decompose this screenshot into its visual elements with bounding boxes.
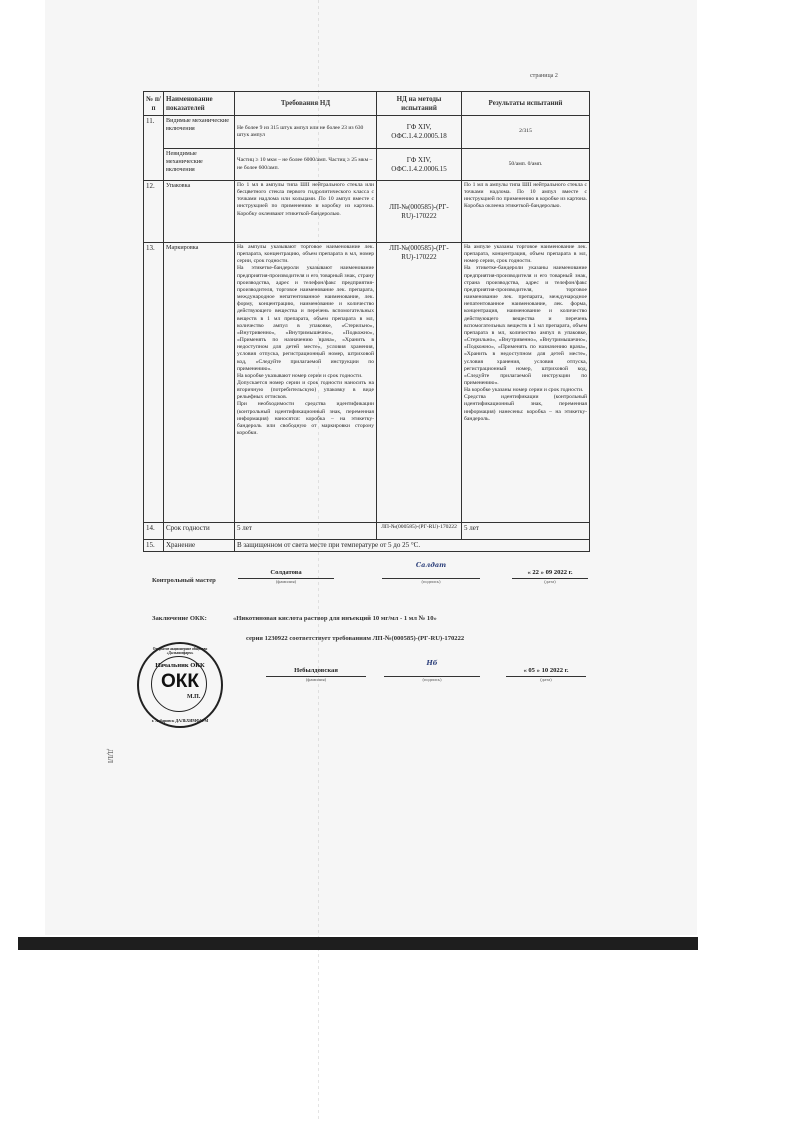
stamp-ring-bottom-text: г. Хабаровск ДАЛЬХИМФАРМ (139, 718, 221, 723)
row-methods: ГФ XIV, ОФС.1.4.2.0006.15 (377, 149, 462, 181)
row-requirements: На ампулы указывают торговое наименовани… (235, 243, 377, 523)
page-label: страница 2 (530, 73, 558, 79)
table-row: 14. Срок годности 5 лет ЛП-№(000585)-(РГ… (144, 523, 590, 540)
table-row: Невидимые механические включения Частиц … (144, 149, 590, 181)
signature-caption: (подпись) (382, 579, 480, 584)
row-merged-requirement: В защищенном от света месте при температ… (235, 540, 590, 552)
stamp-mp: М.П. (187, 694, 200, 700)
row-methods: ЛП-№(000585)-(РГ-RU)-170222 (377, 181, 462, 243)
test-results-table: № п/п Наименование показателей Требовани… (143, 91, 590, 552)
row-results: 50/амп. 0/амп. (462, 149, 590, 181)
control-master-surname-field: Солдатова (фамилия) (238, 569, 334, 584)
surname-caption: (фамилия) (266, 677, 366, 682)
requirements-paragraph: На ампулы указывают торговое наименовани… (237, 244, 374, 265)
head-okk-date: « 05 » 10 2022 г. (506, 667, 586, 677)
signature-caption: (подпись) (384, 677, 480, 682)
table-row: 15. Хранение В защищенном от света месте… (144, 540, 590, 552)
row-results: По 1 мл в ампулы типа ШII нейтрального с… (462, 181, 590, 243)
header-results: Результаты испытаний (462, 92, 590, 116)
control-master-date-field: « 22 » 09 2022 г. (дата) (512, 569, 588, 584)
control-master-surname: Солдатова (238, 569, 334, 579)
surname-caption: (фамилия) (238, 579, 334, 584)
date-caption: (дата) (506, 677, 586, 682)
requirements-paragraph: При необходимости средства идентификации… (237, 401, 374, 437)
row-requirements: Не более 9 из 315 штук ампул или не боле… (235, 116, 377, 149)
table-row: 11. Видимые механические включения Не бо… (144, 116, 590, 149)
row-methods: ЛП-№(000585)-(РГ-RU)-170222 (377, 243, 462, 523)
margin-handwritten-note: ДЛЛ (106, 749, 114, 763)
header-requirements: Требования НД (235, 92, 377, 116)
requirements-paragraph: Допускается номер серии и срок годности … (237, 380, 374, 401)
results-paragraph: Средства идентификации (контрольный иден… (464, 394, 587, 423)
row-name: Видимые механические включения (164, 116, 235, 149)
head-okk-signature-field: Нб (подпись) (384, 659, 480, 682)
requirements-paragraph: На коробке указывают номер серии и срок … (237, 373, 374, 380)
table-row: 13. Маркировка На ампулы указывают торго… (144, 243, 590, 523)
scan-edge-bar (18, 937, 698, 950)
results-paragraph: На ампуле указаны торговое наименование … (464, 244, 587, 265)
conclusion-label: Заключение ОКК: (152, 615, 207, 622)
head-okk-signature: Нб (384, 659, 480, 677)
requirements-paragraph: На этикетке-бандероли указывают наименов… (237, 265, 374, 372)
header-num: № п/п (144, 92, 164, 116)
date-caption: (дата) (512, 579, 588, 584)
control-master-signature-field: Салдат (подпись) (382, 561, 480, 584)
control-master-date: « 22 » 09 2022 г. (512, 569, 588, 579)
head-okk-date-field: « 05 » 10 2022 г. (дата) (506, 667, 586, 682)
okk-stamp: Открытое акционерное общество «Дальхимфа… (137, 642, 223, 728)
row-requirements: 5 лет (235, 523, 377, 540)
row-num: 11. (144, 116, 164, 181)
head-okk-surname: Небылдовская (266, 667, 366, 677)
row-methods: ГФ XIV, ОФС.1.4.2.0005.18 (377, 116, 462, 149)
results-paragraph: На этикетке-бандероли указаны наименован… (464, 265, 587, 387)
row-num: 12. (144, 181, 164, 243)
header-name: Наименование показателей (164, 92, 235, 116)
row-requirements: Частиц ≥ 10 мкм – не более 6000/амп. Час… (235, 149, 377, 181)
row-results: На ампуле указаны торговое наименование … (462, 243, 590, 523)
conclusion-series: серия 1230922 соответствует требованиям … (246, 635, 464, 642)
table-row: 12. Упаковка По 1 мл в ампулы типа ШII н… (144, 181, 590, 243)
row-name: Невидимые механические включения (164, 149, 235, 181)
row-name: Срок годности (164, 523, 235, 540)
row-name: Упаковка (164, 181, 235, 243)
row-results: 2/315 (462, 116, 590, 149)
row-num: 15. (144, 540, 164, 552)
control-master-signature: Салдат (382, 561, 480, 579)
row-name: Маркировка (164, 243, 235, 523)
row-results: 5 лет (462, 523, 590, 540)
control-master-label: Контрольный мастер (152, 577, 216, 584)
row-name: Хранение (164, 540, 235, 552)
row-methods: ЛП-№(000585)-(РГ-RU)-170222 (377, 523, 462, 540)
stamp-ring-top-text: Открытое акционерное общество «Дальхимфа… (139, 647, 221, 655)
row-num: 13. (144, 243, 164, 523)
conclusion-product: «Никотиновая кислота раствор для инъекци… (233, 615, 437, 622)
stamp-abbr: ОКК (139, 671, 221, 693)
row-requirements: По 1 мл в ампулы типа ШII нейтрального с… (235, 181, 377, 243)
head-okk-surname-field: Небылдовская (фамилия) (266, 667, 366, 682)
row-num: 14. (144, 523, 164, 540)
header-methods: НД на методы испытаний (377, 92, 462, 116)
stamp-title: Начальник ОКК (139, 662, 221, 669)
table-header-row: № п/п Наименование показателей Требовани… (144, 92, 590, 116)
